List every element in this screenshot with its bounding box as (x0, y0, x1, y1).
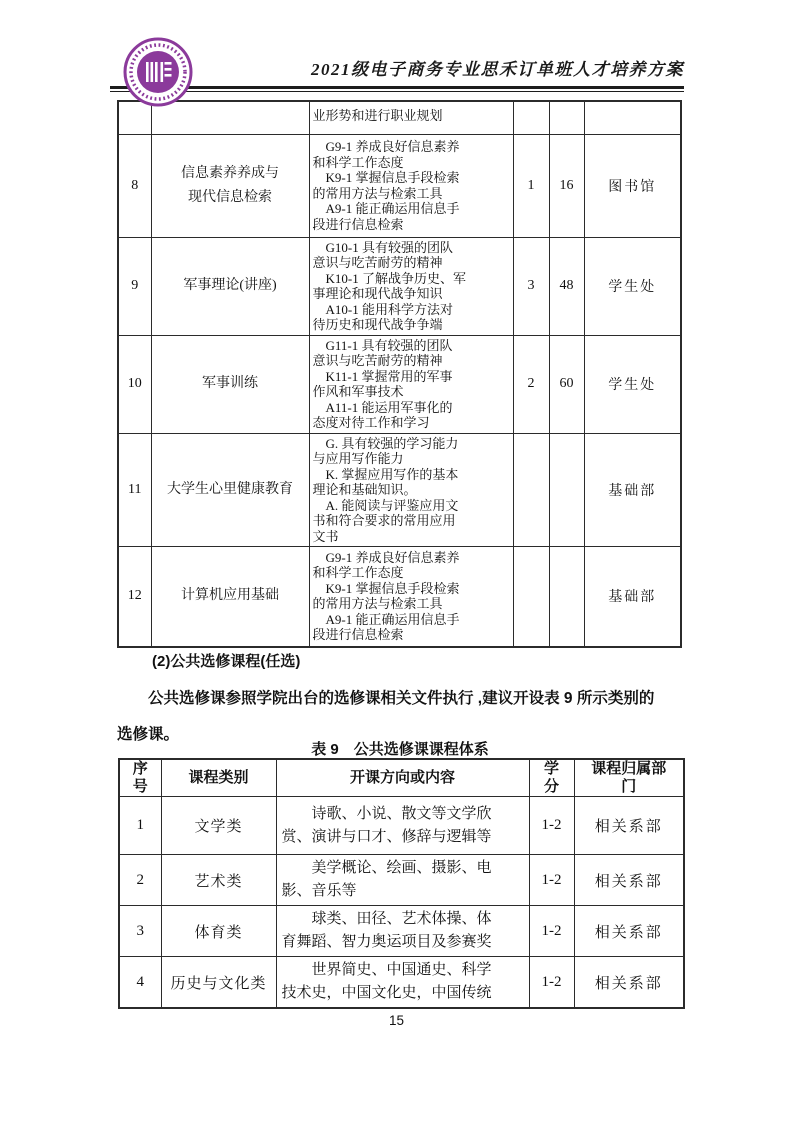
table-header-row: 序 号 课程类别 开课方向或内容 学 分 课程归属部 门 (119, 759, 684, 797)
hours-cell (549, 433, 584, 547)
column-header-category: 课程类别 (161, 759, 276, 797)
table-row: 11 大学生心里健康教育 G. 具有较强的学习能力 与应用写作能力 K. 掌握应… (118, 433, 681, 547)
row-number-cell: 2 (119, 855, 161, 906)
objectives-cell: G. 具有较强的学习能力 与应用写作能力 K. 掌握应用写作的基本 理论和基础知… (309, 433, 513, 547)
objective-item: A10-1 能用科学方法对 待历史和现代战争争端 (313, 302, 510, 333)
objective-item: G. 具有较强的学习能力 与应用写作能力 (313, 436, 510, 467)
department-cell: 相关系部 (574, 797, 684, 855)
objective-item: K. 掌握应用写作的基本 理论和基础知识。 (313, 467, 510, 498)
department-cell: 图书馆 (584, 134, 681, 237)
row-number-cell: 10 (118, 335, 151, 433)
objective-item: K9-1 掌握信息手段检索 的常用方法与检索工具 (313, 581, 510, 612)
objective-item: A9-1 能正确运用信息手 段进行信息检索 (313, 201, 510, 232)
university-seal-icon (122, 36, 194, 108)
objective-item: G11-1 具有较强的团队 意识与吃苦耐劳的精神 (313, 338, 510, 369)
department-cell: 相关系部 (574, 855, 684, 906)
header-divider-rule (110, 86, 684, 92)
category-cell: 历史与文化类 (161, 957, 276, 1009)
objective-item: A11-1 能运用军事化的 态度对待工作和学习 (313, 400, 510, 431)
hours-cell: 60 (549, 335, 584, 433)
row-number-cell: 3 (119, 906, 161, 957)
table-row: 9 军事理论(讲座) G10-1 具有较强的团队 意识与吃苦耐劳的精神 K10-… (118, 237, 681, 335)
department-cell: 基础部 (584, 433, 681, 547)
column-header-credits: 学 分 (529, 759, 574, 797)
department-cell: 基础部 (584, 547, 681, 647)
course-name-cell: 军事训练 (151, 335, 309, 433)
table-cell (549, 101, 584, 134)
page-number: 15 (0, 1013, 793, 1028)
credits-cell: 1-2 (529, 957, 574, 1009)
hours-cell: 16 (549, 134, 584, 237)
hours-cell: 48 (549, 237, 584, 335)
elective-course-table: 序 号 课程类别 开课方向或内容 学 分 课程归属部 门 1 文学类 诗歌、小说… (118, 758, 685, 1009)
table-row: 3 体育类 球类、田径、艺术体操、体 育舞蹈、智力奥运项目及参赛奖 1-2 相关… (119, 906, 684, 957)
objective-item: G9-1 养成良好信息素养 和科学工作态度 (313, 139, 510, 170)
table-row-continuation: 业形势和进行职业规划 (118, 101, 681, 134)
objectives-cell: G10-1 具有较强的团队 意识与吃苦耐劳的精神 K10-1 了解战争历史、军 … (309, 237, 513, 335)
content-cell: 世界简史、中国通史、科学 技术史，中国文化史，中国传统 (276, 957, 529, 1009)
table9-caption: 表 9 公共选修课课程体系 (117, 738, 683, 759)
table-cell (513, 101, 549, 134)
course-name-cell: 计算机应用基础 (151, 547, 309, 647)
table-row: 8 信息素养养成与 现代信息检索 G9-1 养成良好信息素养 和科学工作态度 K… (118, 134, 681, 237)
credits-cell: 1-2 (529, 855, 574, 906)
column-header-content: 开课方向或内容 (276, 759, 529, 797)
table-cell (584, 101, 681, 134)
content-cell: 诗歌、小说、散文等文学欣 赏、演讲与口才、修辞与逻辑等 (276, 797, 529, 855)
course-name-cell: 大学生心里健康教育 (151, 433, 309, 547)
objective-item: K9-1 掌握信息手段检索 的常用方法与检索工具 (313, 170, 510, 201)
credits-cell: 2 (513, 335, 549, 433)
objective-item: K11-1 掌握常用的军事 作风和军事技术 (313, 369, 510, 400)
table-row: 4 历史与文化类 世界简史、中国通史、科学 技术史，中国文化史，中国传统 1-2… (119, 957, 684, 1009)
curriculum-table: 业形势和进行职业规划 8 信息素养养成与 现代信息检索 G9-1 养成良好信息素… (117, 100, 682, 648)
credits-cell: 1-2 (529, 797, 574, 855)
table-row: 12 计算机应用基础 G9-1 养成良好信息素养 和科学工作态度 K9-1 掌握… (118, 547, 681, 647)
objectives-cell: G9-1 养成良好信息素养 和科学工作态度 K9-1 掌握信息手段检索 的常用方… (309, 134, 513, 237)
table-row: 2 艺术类 美学概论、绘画、摄影、电 影、音乐等 1-2 相关系部 (119, 855, 684, 906)
category-cell: 艺术类 (161, 855, 276, 906)
row-number-cell: 8 (118, 134, 151, 237)
objectives-cell: G11-1 具有较强的团队 意识与吃苦耐劳的精神 K11-1 掌握常用的军事 作… (309, 335, 513, 433)
credits-cell: 1-2 (529, 906, 574, 957)
table-cell: 业形势和进行职业规划 (309, 101, 513, 134)
objective-item: G10-1 具有较强的团队 意识与吃苦耐劳的精神 (313, 240, 510, 271)
department-cell: 相关系部 (574, 957, 684, 1009)
table-row: 1 文学类 诗歌、小说、散文等文学欣 赏、演讲与口才、修辞与逻辑等 1-2 相关… (119, 797, 684, 855)
row-number-cell: 12 (118, 547, 151, 647)
document-header-title: 2021级电子商务专业思禾订单班人才培养方案 (311, 55, 684, 80)
document-page: 2021级电子商务专业思禾订单班人才培养方案 业形势和进行职业规划 8 信息素养… (0, 0, 793, 1122)
credits-cell (513, 433, 549, 547)
course-name-cell: 信息素养养成与 现代信息检索 (151, 134, 309, 237)
objective-item: K10-1 了解战争历史、军 事理论和现代战争知识 (313, 271, 510, 302)
objective-item: A9-1 能正确运用信息手 段进行信息检索 (313, 612, 510, 643)
category-cell: 体育类 (161, 906, 276, 957)
objective-item: A. 能阅读与评鉴应用文 书和符合要求的常用应用 文书 (313, 498, 510, 545)
hours-cell (549, 547, 584, 647)
table-row: 10 军事训练 G11-1 具有较强的团队 意识与吃苦耐劳的精神 K11-1 掌… (118, 335, 681, 433)
course-name-cell: 军事理论(讲座) (151, 237, 309, 335)
content-cell: 美学概论、绘画、摄影、电 影、音乐等 (276, 855, 529, 906)
department-cell: 学生处 (584, 237, 681, 335)
section-heading: (2)公共选修课程(任选) (152, 650, 300, 671)
credits-cell (513, 547, 549, 647)
objective-item: G9-1 养成良好信息素养 和科学工作态度 (313, 550, 510, 581)
objectives-cell: G9-1 养成良好信息素养 和科学工作态度 K9-1 掌握信息手段检索 的常用方… (309, 547, 513, 647)
credits-cell: 3 (513, 237, 549, 335)
credits-cell: 1 (513, 134, 549, 237)
row-number-cell: 9 (118, 237, 151, 335)
department-cell: 学生处 (584, 335, 681, 433)
row-number-cell: 11 (118, 433, 151, 547)
column-header-no: 序 号 (119, 759, 161, 797)
row-number-cell: 1 (119, 797, 161, 855)
column-header-dept: 课程归属部 门 (574, 759, 684, 797)
content-cell: 球类、田径、艺术体操、体 育舞蹈、智力奥运项目及参赛奖 (276, 906, 529, 957)
category-cell: 文学类 (161, 797, 276, 855)
row-number-cell: 4 (119, 957, 161, 1009)
department-cell: 相关系部 (574, 906, 684, 957)
